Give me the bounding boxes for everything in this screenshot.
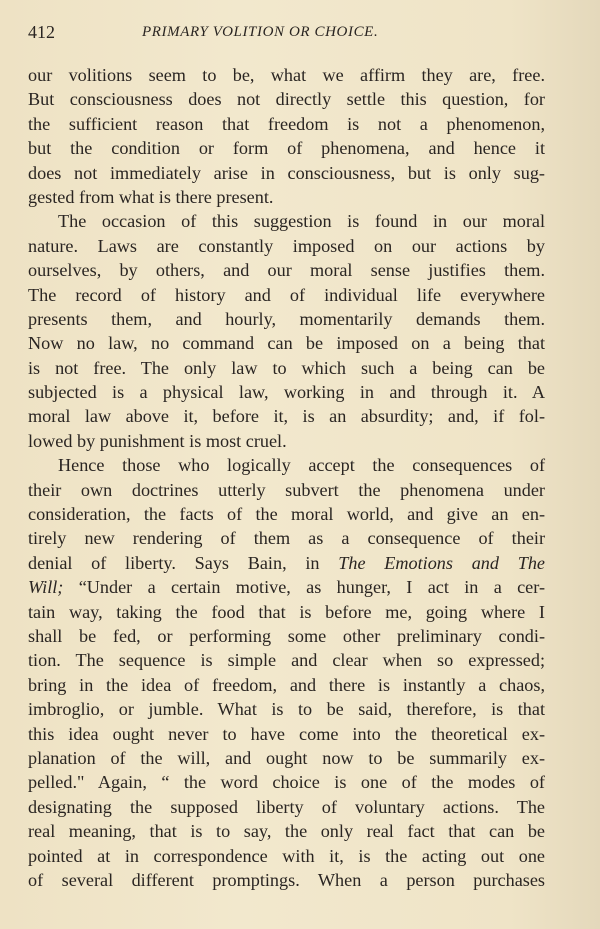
- body-text: our volitions seem to be, what we affirm…: [28, 63, 545, 892]
- text-line: gested from what is there present.: [28, 185, 545, 209]
- book-title: Will;: [28, 577, 63, 597]
- text-line: bring in the idea of freedom, and there …: [28, 673, 545, 697]
- text-line: real meaning, that is to say, the only r…: [28, 819, 545, 843]
- text-line: The record of history and of individual …: [28, 283, 545, 307]
- text-line: moral law above it, before it, is an abs…: [28, 404, 545, 428]
- text-line: imbroglio, or jumble. What is to be said…: [28, 697, 545, 721]
- paragraph-3: Hence those who logically accept the con…: [28, 453, 545, 892]
- paragraph-1: our volitions seem to be, what we affirm…: [28, 63, 545, 209]
- text-line: pelled." Again, “ the word choice is one…: [28, 770, 545, 794]
- text-line: is not free. The only law to which such …: [28, 356, 545, 380]
- text-line: subjected is a physical law, working in …: [28, 380, 545, 404]
- text-line: tion. The sequence is simple and clear w…: [28, 648, 545, 672]
- text-line: Now no law, no command can be imposed on…: [28, 331, 545, 355]
- text-line: ourselves, by others, and our moral sens…: [28, 258, 545, 282]
- text-line: this idea ought never to have come into …: [28, 722, 545, 746]
- quote-start: “Under a certain motive, as hunger, I ac…: [79, 577, 545, 597]
- text-line: shall be fed, or performing some other p…: [28, 624, 545, 648]
- text-line: tirely new rendering of them as a conseq…: [28, 526, 545, 550]
- text-line: the sufficient reason that freedom is no…: [28, 112, 545, 136]
- text-line: their own doctrines utterly subvert the …: [28, 478, 545, 502]
- text-line: consideration, the facts of the moral wo…: [28, 502, 545, 526]
- text-line-with-title: denial of liberty. Says Bain, in The Emo…: [28, 551, 545, 575]
- text-line: designating the supposed liberty of volu…: [28, 795, 545, 819]
- text-fragment: denial of liberty. Says Bain, in: [28, 553, 338, 573]
- text-line: but the condition or form of phenomena, …: [28, 136, 545, 160]
- text-line: of several different promptings. When a …: [28, 868, 545, 892]
- text-line: lowed by punishment is most cruel.: [28, 429, 545, 453]
- text-line: planation of the will, and ought now to …: [28, 746, 545, 770]
- text-line: presents them, and hourly, momentarily d…: [28, 307, 545, 331]
- text-line: But consciousness does not directly sett…: [28, 87, 545, 111]
- text-line: does not immediately arise in consciousn…: [28, 161, 545, 185]
- page-number: 412: [28, 22, 55, 43]
- text-line: our volitions seem to be, what we affirm…: [28, 63, 545, 87]
- text-line: pointed at in correspondence with it, is…: [28, 844, 545, 868]
- text-line: Hence those who logically accept the con…: [28, 453, 545, 477]
- book-page: 412 PRIMARY VOLITION OR CHOICE. our voli…: [0, 0, 600, 929]
- running-head-title: PRIMARY VOLITION OR CHOICE.: [142, 24, 378, 41]
- paragraph-2: The occasion of this suggestion is found…: [28, 209, 545, 453]
- running-head: 412 PRIMARY VOLITION OR CHOICE.: [28, 22, 540, 46]
- text-line-with-title: Will; “Under a certain motive, as hunger…: [28, 575, 545, 599]
- book-title: The Emotions and The: [338, 553, 545, 573]
- text-line: nature. Laws are constantly imposed on o…: [28, 234, 545, 258]
- text-line: tain way, taking the food that is before…: [28, 600, 545, 624]
- text-line: The occasion of this suggestion is found…: [28, 209, 545, 233]
